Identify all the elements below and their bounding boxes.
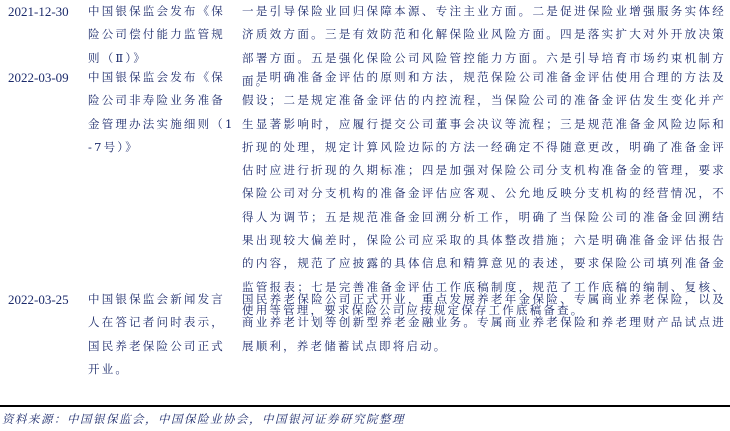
table-bottom-rule — [0, 405, 730, 407]
row-content: 国民养老保险公司正式开业，重点发展养老年金保险、专属商业养老保险，以及商业养老计… — [242, 288, 726, 358]
row-date: 2022-03-09 — [8, 66, 88, 89]
row-title: 中国银保监会发布《保险公司非寿险业务准备金管理办法实施细则（1-7号）》 — [88, 66, 238, 159]
row-content: 一是明确准备金评估的原则和方法，规范保险公司准备金评估使用合理的方法及假设；二是… — [242, 66, 726, 322]
row-date: 2021-12-30 — [8, 0, 88, 23]
row-title: 中国银保监会发布《保险公司偿付能力监管规则（Ⅱ）》 — [88, 0, 238, 70]
source-note: 资料来源：中国银保监会，中国保险业协会，中国银河证券研究院整理 — [2, 411, 405, 427]
row-date: 2022-03-25 — [8, 288, 88, 311]
row-title: 中国银保监会新闻发言人在答记者问时表示，国民养老保险公司正式开业。 — [88, 288, 238, 381]
